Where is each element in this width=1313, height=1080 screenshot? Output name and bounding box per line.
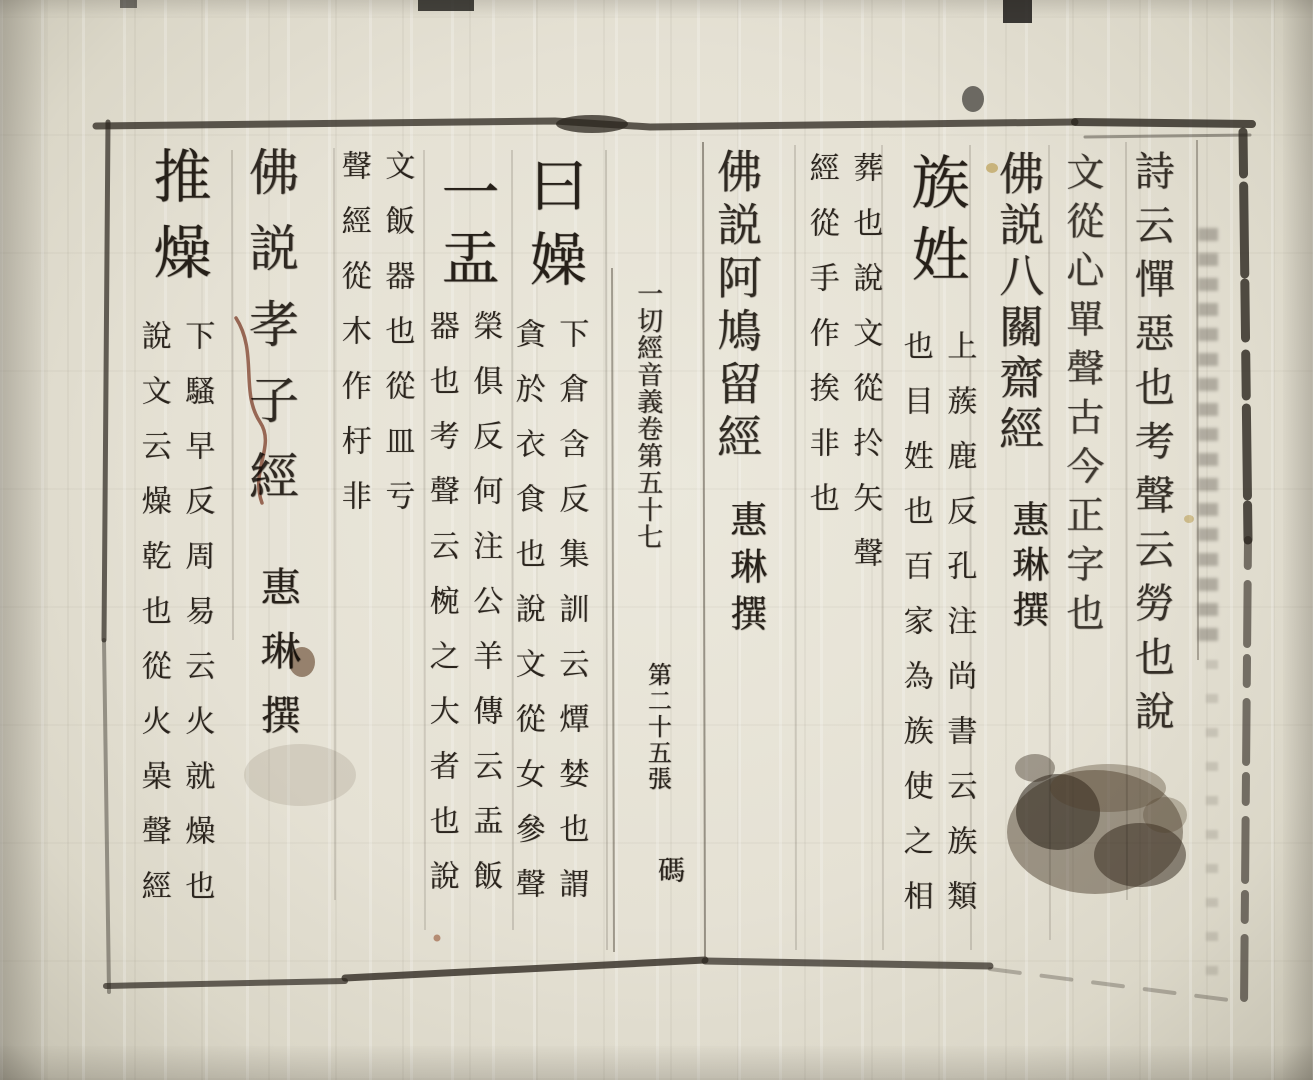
commentary-line-right: 下倉含反集訓云燂婪也謂 — [552, 318, 589, 923]
compiler-huilin-2: 惠琳撰 — [722, 500, 766, 641]
entry-headword-zuxing: 族姓 — [900, 152, 968, 296]
compiler-huilin-3: 惠琳撰 — [254, 566, 301, 758]
red-speck — [434, 935, 441, 942]
commentary-line-right: 榮俱反何注公羊傳云盂飯 — [466, 310, 503, 915]
entry-tuizao-commentary: 下騷早反周易云火就燥也 說文云燥乾也從火喿聲經 — [134, 320, 214, 925]
sutra-title-baguanzhai-jing: 佛説八關齋經 — [990, 150, 1043, 456]
center-fold-sheet-number: 第二十五張 — [642, 662, 670, 792]
entry-yiyu-commentary: 榮俱反何注公羊傳云盂飯 器也考聲云椀之大者也說 — [422, 310, 502, 915]
commentary-line-right: 葬也說文從扵矢聲 — [846, 152, 883, 592]
entry-headword-yiyu: 一盂 — [430, 162, 498, 294]
yellow-speck-2 — [1184, 515, 1194, 523]
entry-zuxing-commentary: 上蔟鹿反孔注尚書云族類 也目姓也百家為族使之相 — [896, 330, 976, 935]
paper-edge-top — [0, 0, 1313, 16]
sutra-title-ajiuliu-jing: 佛説阿鳩留經 — [708, 148, 761, 466]
commentary-line-left: 貪於衣食也說文從女參聲 — [508, 318, 545, 923]
page-photo: 詩云憚惡也考聲云勞也說 文從心單聲古今正字也 佛説八關齋經 惠琳撰 族姓 上蔟鹿… — [0, 0, 1313, 1080]
paper-edge-right — [1283, 0, 1313, 1080]
center-fold-volume-title: 一切經音義卷第五十七 — [632, 280, 663, 550]
ink-bleedthrough-strip-lower — [1206, 660, 1218, 1000]
center-fold-siglum: 碼 — [652, 856, 684, 883]
ink-stain-large — [1007, 754, 1187, 894]
commentary-line-right: 文飯器也從皿亏 — [378, 150, 415, 535]
sutra-title-xiaozi-jing: 佛説孝子經 — [240, 146, 299, 526]
entry-headword-tuizao: 推燥 — [142, 146, 210, 298]
entry-zuxing-commentary-continued: 葬也說文從扵矢聲 經從手作挨非也 — [802, 152, 882, 592]
commentary-line-left: 聲經從木作杅非 — [334, 150, 371, 535]
compiler-huilin-1: 惠琳撰 — [1004, 500, 1048, 635]
commentary-line-right: 下騷早反周易云火就燥也 — [178, 320, 215, 925]
commentary-line-right: 上蔟鹿反孔注尚書云族類 — [940, 330, 977, 935]
right-continuation-column-2: 文從心單聲古今正字也 — [1058, 152, 1103, 642]
commentary-line-left: 經從手作挨非也 — [802, 152, 839, 592]
entry-headword-yuecan: 曰嬠 — [518, 155, 586, 303]
commentary-line-left: 也目姓也百家為族使之相 — [896, 330, 933, 935]
paper-edge-bottom — [0, 1046, 1313, 1080]
paper-edge-left — [0, 0, 48, 1080]
ink-bleedthrough-strip — [1198, 228, 1218, 648]
commentary-line-left: 說文云燥乾也從火喿聲經 — [134, 320, 171, 925]
commentary-line-left: 器也考聲云椀之大者也說 — [422, 310, 459, 915]
entry-yiyu-commentary-continued: 文飯器也從皿亏 聲經從木作杅非 — [334, 150, 414, 535]
right-continuation-column-1: 詩云憚惡也考聲云勞也說 — [1128, 150, 1175, 744]
entry-yuecan-commentary: 下倉含反集訓云燂婪也謂 貪於衣食也說文從女參聲 — [508, 318, 588, 923]
